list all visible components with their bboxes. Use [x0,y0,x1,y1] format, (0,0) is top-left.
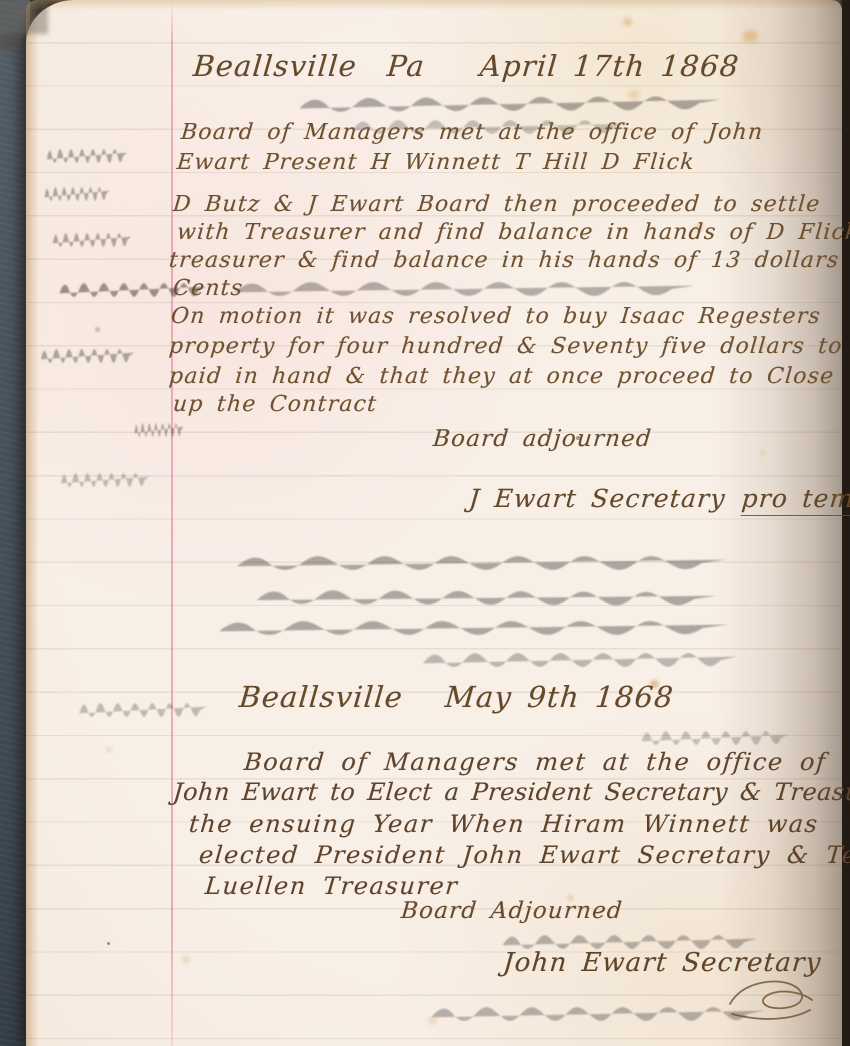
body-line: Board of Managers met at the office of [243,750,828,774]
heading-date: April 17th 1868 [478,49,740,83]
entry-heading-may: BeallsvilleMay 9th 1868 [238,683,675,712]
foxing-spot [95,327,100,332]
bleedthrough-writing [428,1004,768,1024]
body-line: up the Contract [172,394,378,416]
foxing-spot [760,451,766,456]
body-line: the ensuing Year When Hiram Winnett was [188,812,820,836]
bleedthrough-writing [214,618,734,638]
body-line: property for four hundred & Seventy five… [168,336,850,358]
heading-place: Beallsville [192,49,359,83]
bleedthrough-writing [295,93,725,115]
foxing-spot [106,747,112,752]
foxing-spot [428,1017,437,1024]
ink-smudge [0,0,48,34]
foxing-spot [742,30,758,43]
body-line: Cents [172,278,244,300]
bleedthrough-writing [40,346,135,366]
adjournment-line: Board adjourned [432,428,653,451]
gutter-shadow [715,0,850,1046]
entry-heading-april: BeallsvillePaApril 17th 1868 [192,52,741,81]
body-line: Ewart Present H Winnett T Hill D Flick [176,152,696,174]
heading-date: May 9th 1868 [444,680,676,714]
body-line: Board of Managers met at the office of J… [180,122,764,144]
bleedthrough-writing [232,553,732,573]
heading-state: Pa [386,49,427,83]
foxing-spot [182,956,190,963]
heading-place: Beallsville [238,680,405,714]
foxing-spot [628,90,640,99]
ink-dot [107,942,110,945]
body-line: treasurer & find balance in his hands of… [168,250,850,272]
body-line: elected President John Ewart Secretary &… [198,843,850,867]
bleedthrough-writing [44,184,110,204]
body-line: D Butz & J Ewart Board then proceeded to… [172,194,821,216]
margin-line [171,0,173,1046]
foxing-spot [623,18,632,26]
adjournment-line: Board Adjourned [400,900,624,923]
bleedthrough-writing [252,587,722,609]
signature-may: John Ewart Secretary [502,950,823,976]
bleedthrough-writing [46,146,128,166]
bleedthrough-writing [60,470,150,490]
body-line: On motion it was resolved to buy Isaac R… [170,306,822,328]
signature-flourish [722,976,818,1022]
body-line: paid in hand & that they at once proceed… [168,366,835,388]
signature-text: J Ewart Secretary [468,484,727,513]
minute-book-scan: BeallsvillePaApril 17th 1868 Board of Ma… [0,0,850,1046]
bleedthrough-writing [78,700,208,720]
body-line: Luellen Treasurer [204,874,459,898]
bleedthrough-writing [134,420,184,440]
body-line: with Treasurer and find balance in hands… [176,222,850,244]
body-line: John Ewart to Elect a President Secretar… [172,780,850,804]
bleedthrough-writing [420,650,740,670]
signature-april: J Ewart Secretarypro tem [468,486,850,511]
bleedthrough-writing [640,728,790,748]
ink-smudge [0,34,20,50]
signature-qualifier: pro tem [740,484,850,516]
bleedthrough-writing [230,279,700,299]
bleedthrough-writing [52,230,132,250]
